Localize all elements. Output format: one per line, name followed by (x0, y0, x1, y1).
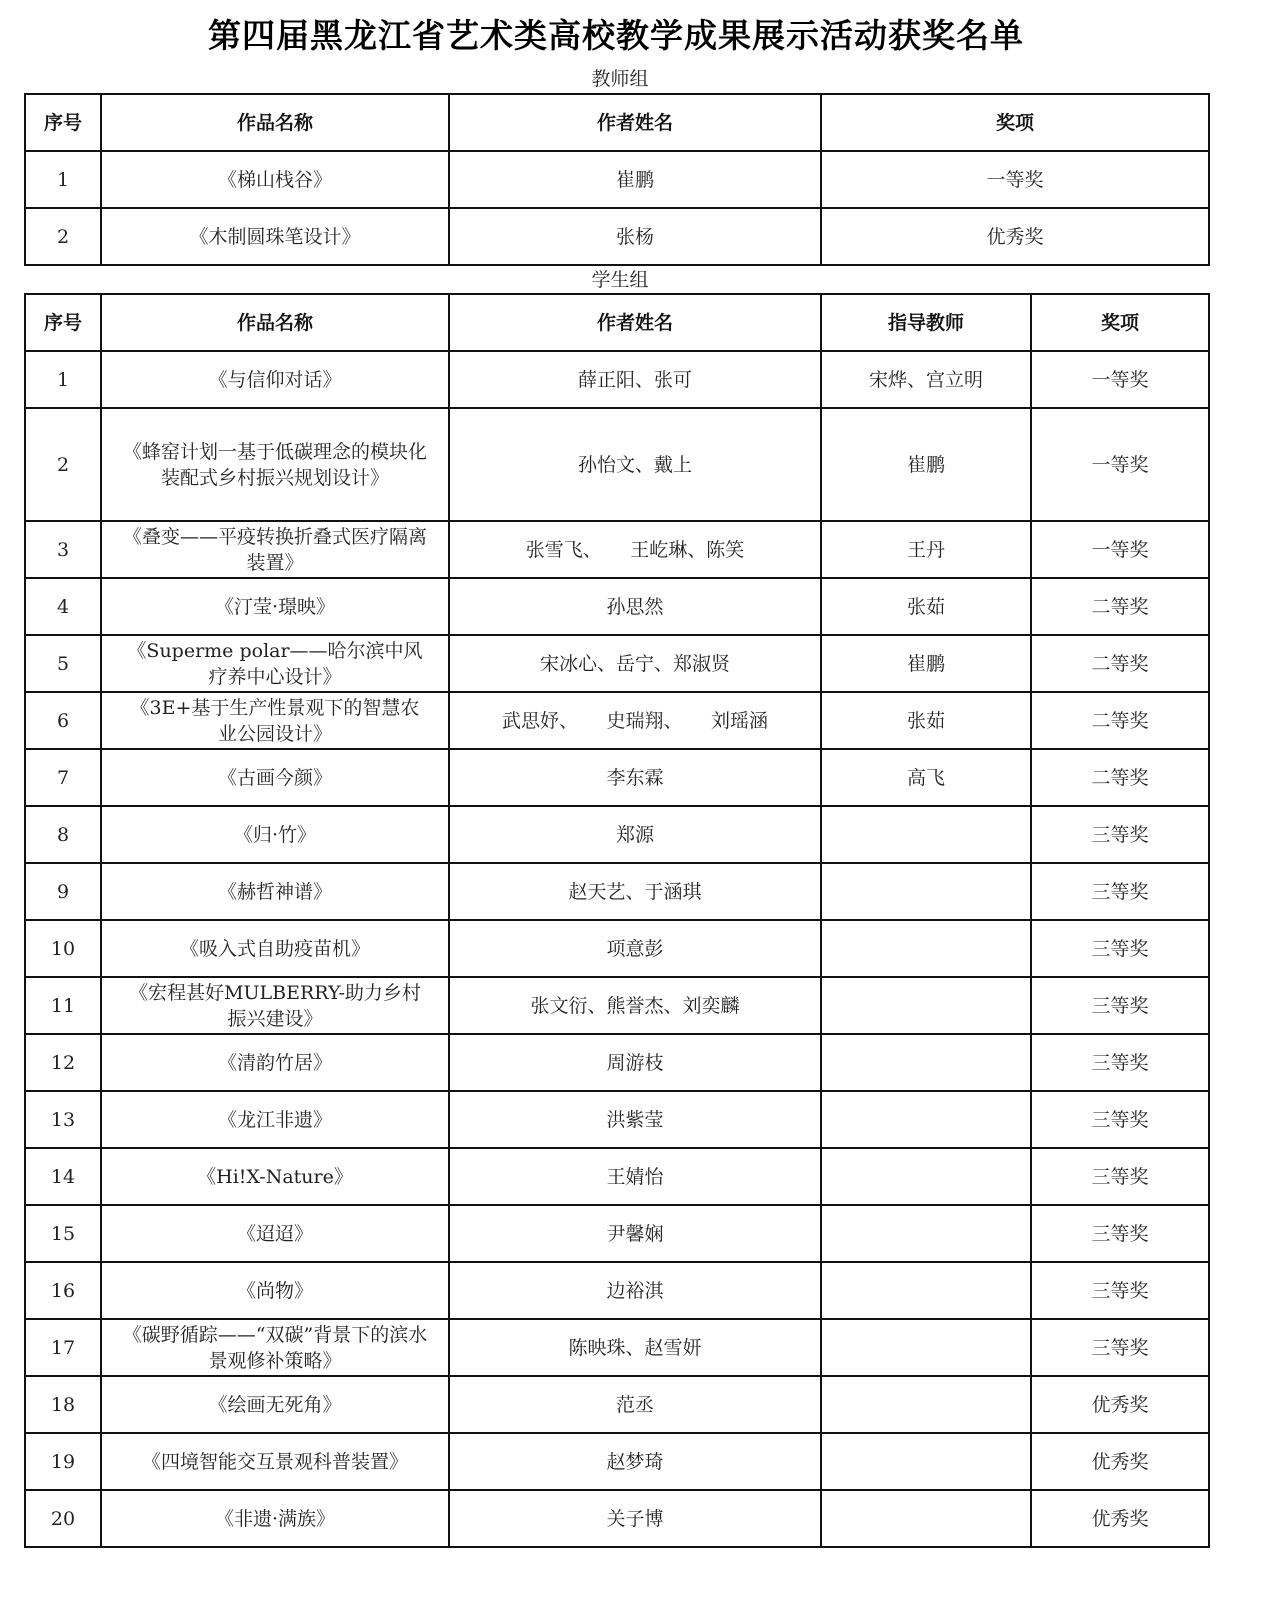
cell-author: 赵梦琦 (449, 1433, 821, 1490)
cell-advisor (821, 1262, 1031, 1319)
cell-author: 李东霖 (449, 749, 821, 806)
cell-advisor (821, 1433, 1031, 1490)
cell-work-title: 《绘画无死角》 (101, 1376, 449, 1433)
table-row: 1《与信仰对话》薛正阳、张可宋烨、宫立明一等奖 (25, 351, 1209, 408)
cell-no: 13 (25, 1091, 101, 1148)
cell-advisor (821, 1205, 1031, 1262)
cell-author: 项意彭 (449, 920, 821, 977)
cell-no: 12 (25, 1034, 101, 1091)
cell-author: 郑源 (449, 806, 821, 863)
cell-award: 三等奖 (1031, 1319, 1209, 1376)
header-award: 奖项 (821, 94, 1209, 151)
cell-work-title: 《3E+基于生产性景观下的智慧农业公园设计》 (101, 692, 449, 749)
cell-award: 二等奖 (1031, 635, 1209, 692)
cell-work-title: 《迢迢》 (101, 1205, 449, 1262)
cell-award: 优秀奖 (1031, 1490, 1209, 1547)
cell-advisor (821, 1034, 1031, 1091)
header-author: 作者姓名 (449, 94, 821, 151)
cell-author: 王婧怡 (449, 1148, 821, 1205)
teacher-group-label: 教师组 (0, 67, 1240, 91)
cell-advisor: 高飞 (821, 749, 1031, 806)
header-work-title: 作品名称 (101, 94, 449, 151)
cell-advisor (821, 863, 1031, 920)
cell-no: 6 (25, 692, 101, 749)
cell-award: 三等奖 (1031, 863, 1209, 920)
header-award: 奖项 (1031, 294, 1209, 351)
cell-advisor (821, 1148, 1031, 1205)
cell-advisor (821, 1319, 1031, 1376)
table-row: 14《Hi!X-Nature》王婧怡三等奖 (25, 1148, 1209, 1205)
cell-advisor: 王丹 (821, 521, 1031, 578)
cell-author: 武思妤、 史瑞翔、 刘瑶涵 (449, 692, 821, 749)
cell-no: 10 (25, 920, 101, 977)
cell-work-title: 《与信仰对话》 (101, 351, 449, 408)
cell-no: 17 (25, 1319, 101, 1376)
cell-advisor (821, 920, 1031, 977)
cell-work-title: 《木制圆珠笔设计》 (101, 208, 449, 265)
cell-no: 8 (25, 806, 101, 863)
cell-work-title: 《吸入式自助疫苗机》 (101, 920, 449, 977)
table-row: 9《赫哲神谱》赵天艺、于涵琪三等奖 (25, 863, 1209, 920)
page-title: 第四届黑龙江省艺术类高校教学成果展示活动获奖名单 (0, 14, 1232, 58)
cell-work-title: 《蜂窑计划一基于低碳理念的模块化装配式乡村振兴规划设计》 (101, 408, 449, 521)
cell-no: 2 (25, 408, 101, 521)
cell-advisor: 宋烨、宫立明 (821, 351, 1031, 408)
cell-work-title: 《非遗·满族》 (101, 1490, 449, 1547)
cell-author: 周游枝 (449, 1034, 821, 1091)
cell-award: 三等奖 (1031, 977, 1209, 1034)
cell-author: 尹馨娴 (449, 1205, 821, 1262)
table-row: 18《绘画无死角》范丞优秀奖 (25, 1376, 1209, 1433)
cell-award: 三等奖 (1031, 1148, 1209, 1205)
cell-work-title: 《梯山栈谷》 (101, 151, 449, 208)
table-row: 6《3E+基于生产性景观下的智慧农业公园设计》武思妤、 史瑞翔、 刘瑶涵张茹二等… (25, 692, 1209, 749)
header-author: 作者姓名 (449, 294, 821, 351)
cell-award: 一等奖 (821, 151, 1209, 208)
cell-work-title: 《四境智能交互景观科普装置》 (101, 1433, 449, 1490)
teacher-awards-table: 序号 作品名称 作者姓名 奖项 1《梯山栈谷》崔鹏一等奖2《木制圆珠笔设计》张杨… (24, 93, 1210, 266)
cell-author: 陈映珠、赵雪妍 (449, 1319, 821, 1376)
cell-award: 一等奖 (1031, 521, 1209, 578)
cell-work-title: 《古画今颜》 (101, 749, 449, 806)
cell-work-title: 《叠变——平疫转换折叠式医疗隔离装置》 (101, 521, 449, 578)
cell-award: 二等奖 (1031, 578, 1209, 635)
cell-work-title: 《Superme polar——哈尔滨中风疗养中心设计》 (101, 635, 449, 692)
cell-work-title: 《汀莹·璟映》 (101, 578, 449, 635)
cell-advisor (821, 806, 1031, 863)
cell-author: 张雪飞、 王屹琳、陈笑 (449, 521, 821, 578)
cell-no: 11 (25, 977, 101, 1034)
cell-advisor: 张茹 (821, 692, 1031, 749)
cell-no: 5 (25, 635, 101, 692)
table-row: 17《碳野循踪——“双碳”背景下的滨水景观修补策略》陈映珠、赵雪妍三等奖 (25, 1319, 1209, 1376)
cell-award: 优秀奖 (1031, 1433, 1209, 1490)
table-row: 8《归·竹》郑源三等奖 (25, 806, 1209, 863)
table-header-row: 序号 作品名称 作者姓名 指导教师 奖项 (25, 294, 1209, 351)
cell-award: 三等奖 (1031, 806, 1209, 863)
header-work-title: 作品名称 (101, 294, 449, 351)
cell-work-title: 《碳野循踪——“双碳”背景下的滨水景观修补策略》 (101, 1319, 449, 1376)
cell-author: 范丞 (449, 1376, 821, 1433)
table-row: 12《清韵竹居》周游枝三等奖 (25, 1034, 1209, 1091)
cell-award: 三等奖 (1031, 1091, 1209, 1148)
cell-no: 19 (25, 1433, 101, 1490)
cell-advisor (821, 1091, 1031, 1148)
cell-advisor: 崔鹏 (821, 408, 1031, 521)
cell-no: 9 (25, 863, 101, 920)
cell-award: 优秀奖 (821, 208, 1209, 265)
table-row: 16《尚物》边裕淇三等奖 (25, 1262, 1209, 1319)
cell-author: 孙怡文、戴上 (449, 408, 821, 521)
cell-author: 宋冰心、岳宁、郑淑贤 (449, 635, 821, 692)
header-advisor: 指导教师 (821, 294, 1031, 351)
cell-author: 边裕淇 (449, 1262, 821, 1319)
cell-no: 3 (25, 521, 101, 578)
cell-advisor (821, 1490, 1031, 1547)
table-row: 1《梯山栈谷》崔鹏一等奖 (25, 151, 1209, 208)
table-row: 2《木制圆珠笔设计》张杨优秀奖 (25, 208, 1209, 265)
cell-award: 一等奖 (1031, 351, 1209, 408)
cell-author: 张文衍、熊誉杰、刘奕麟 (449, 977, 821, 1034)
cell-advisor (821, 1376, 1031, 1433)
cell-no: 4 (25, 578, 101, 635)
cell-award: 二等奖 (1031, 692, 1209, 749)
cell-advisor (821, 977, 1031, 1034)
table-header-row: 序号 作品名称 作者姓名 奖项 (25, 94, 1209, 151)
cell-award: 优秀奖 (1031, 1376, 1209, 1433)
cell-author: 薛正阳、张可 (449, 351, 821, 408)
table-row: 15《迢迢》尹馨娴三等奖 (25, 1205, 1209, 1262)
cell-work-title: 《Hi!X-Nature》 (101, 1148, 449, 1205)
cell-author: 洪紫莹 (449, 1091, 821, 1148)
table-row: 7《古画今颜》李东霖高飞二等奖 (25, 749, 1209, 806)
table-row: 10《吸入式自助疫苗机》项意彭三等奖 (25, 920, 1209, 977)
table-row: 20《非遗·满族》关子博优秀奖 (25, 1490, 1209, 1547)
table-row: 5《Superme polar——哈尔滨中风疗养中心设计》宋冰心、岳宁、郑淑贤崔… (25, 635, 1209, 692)
cell-advisor: 崔鹏 (821, 635, 1031, 692)
cell-work-title: 《宏程甚好MULBERRY-助力乡村振兴建设》 (101, 977, 449, 1034)
table-row: 2《蜂窑计划一基于低碳理念的模块化装配式乡村振兴规划设计》孙怡文、戴上崔鹏一等奖 (25, 408, 1209, 521)
cell-work-title: 《尚物》 (101, 1262, 449, 1319)
cell-work-title: 《清韵竹居》 (101, 1034, 449, 1091)
cell-work-title: 《归·竹》 (101, 806, 449, 863)
cell-no: 16 (25, 1262, 101, 1319)
cell-no: 1 (25, 151, 101, 208)
student-group-label: 学生组 (0, 268, 1240, 292)
cell-advisor: 张茹 (821, 578, 1031, 635)
table-row: 11《宏程甚好MULBERRY-助力乡村振兴建设》张文衍、熊誉杰、刘奕麟三等奖 (25, 977, 1209, 1034)
cell-no: 20 (25, 1490, 101, 1547)
table-row: 19《四境智能交互景观科普装置》赵梦琦优秀奖 (25, 1433, 1209, 1490)
table-row: 4《汀莹·璟映》孙思然张茹二等奖 (25, 578, 1209, 635)
table-row: 3《叠变——平疫转换折叠式医疗隔离装置》张雪飞、 王屹琳、陈笑王丹一等奖 (25, 521, 1209, 578)
cell-author: 张杨 (449, 208, 821, 265)
cell-author: 关子博 (449, 1490, 821, 1547)
cell-work-title: 《龙江非遗》 (101, 1091, 449, 1148)
header-no: 序号 (25, 94, 101, 151)
cell-award: 三等奖 (1031, 1034, 1209, 1091)
cell-author: 崔鹏 (449, 151, 821, 208)
cell-award: 三等奖 (1031, 920, 1209, 977)
cell-no: 18 (25, 1376, 101, 1433)
table-row: 13《龙江非遗》洪紫莹三等奖 (25, 1091, 1209, 1148)
cell-no: 14 (25, 1148, 101, 1205)
cell-award: 二等奖 (1031, 749, 1209, 806)
cell-author: 孙思然 (449, 578, 821, 635)
cell-no: 1 (25, 351, 101, 408)
cell-no: 2 (25, 208, 101, 265)
cell-no: 15 (25, 1205, 101, 1262)
cell-no: 7 (25, 749, 101, 806)
student-awards-table: 序号 作品名称 作者姓名 指导教师 奖项 1《与信仰对话》薛正阳、张可宋烨、宫立… (24, 293, 1210, 1548)
cell-award: 三等奖 (1031, 1205, 1209, 1262)
header-no: 序号 (25, 294, 101, 351)
cell-author: 赵天艺、于涵琪 (449, 863, 821, 920)
cell-work-title: 《赫哲神谱》 (101, 863, 449, 920)
cell-award: 三等奖 (1031, 1262, 1209, 1319)
cell-award: 一等奖 (1031, 408, 1209, 521)
